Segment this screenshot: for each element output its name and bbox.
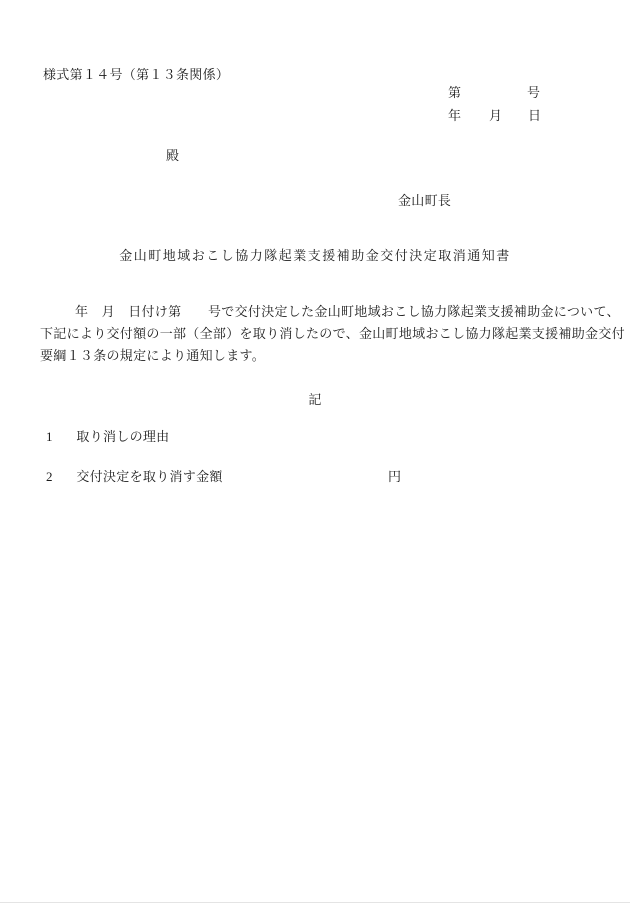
item-number: 2: [46, 469, 53, 485]
document-title: 金山町地域おこし協力隊起業支援補助金交付決定取消通知書: [0, 245, 630, 264]
body-line: 下記により交付額の一部（全部）を取り消したので、金山町地域おこし協力隊起業支援補…: [40, 323, 600, 345]
body-line: 要綱１３条の規定により通知します。: [40, 345, 600, 367]
record-marker: 記: [0, 389, 630, 408]
currency-unit-label: 円: [388, 466, 401, 485]
body-paragraph: 年 月 日付け第 号で交付決定した金山町地域おこし協力隊起業支援補助金について、…: [40, 301, 600, 367]
list-item-reason: 1 取り消しの理由: [46, 426, 630, 445]
item-label: 交付決定を取り消す金額: [76, 466, 222, 485]
item-number: 1: [46, 429, 53, 445]
sender-name: 金山町長: [398, 190, 451, 209]
list-item-amount: 2 交付決定を取り消す金額 円: [46, 466, 630, 485]
document-page: 様式第１４号（第１３条関係） 第 号 年 月 日 殿 金山町長 金山町地域おこし…: [0, 0, 630, 903]
addressee-honorific: 殿: [166, 145, 179, 164]
form-number: 様式第１４号（第１３条関係）: [43, 64, 229, 83]
item-label: 取り消しの理由: [76, 426, 169, 445]
date-day-label: 日: [528, 105, 541, 124]
date-year-label: 年: [448, 105, 461, 124]
date-month-label: 月: [489, 105, 502, 124]
doc-number-prefix: 第: [448, 82, 461, 101]
body-line: 年 月 日付け第 号で交付決定した金山町地域おこし協力隊起業支援補助金について、: [40, 301, 600, 323]
doc-number-suffix: 号: [527, 82, 540, 101]
